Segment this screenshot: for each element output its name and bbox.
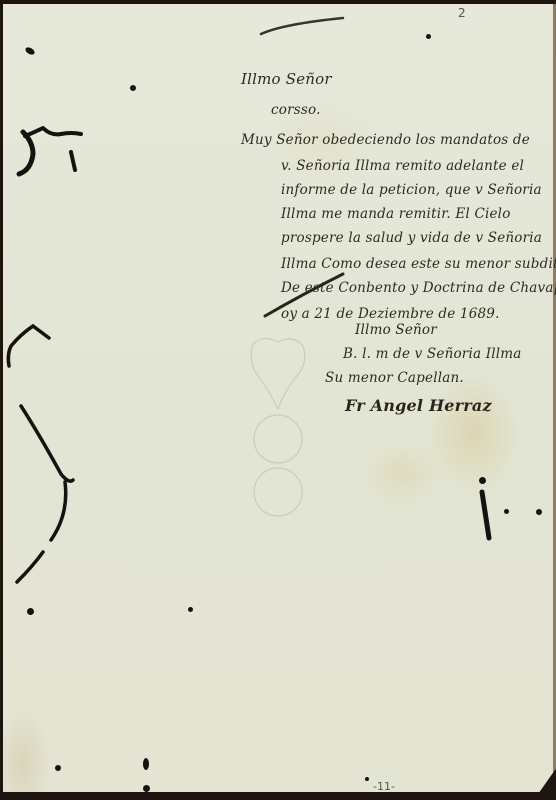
ink-blot [426, 34, 431, 39]
ink-blot [130, 85, 136, 91]
ink-blot [143, 758, 149, 770]
manuscript-page: 2 Illmo Señor corsso. Muy Señor obedecie… [3, 4, 556, 792]
ink-blot [143, 785, 150, 792]
ink-blot [188, 607, 193, 612]
ink-blot [55, 765, 61, 771]
ink-blot [365, 777, 369, 781]
bottom-mark: -11- [373, 780, 395, 793]
ink-blot [504, 509, 509, 514]
ink-blot [27, 608, 34, 615]
ink-blot [479, 477, 486, 484]
ink-marks [3, 4, 553, 792]
ink-blot [536, 509, 542, 515]
